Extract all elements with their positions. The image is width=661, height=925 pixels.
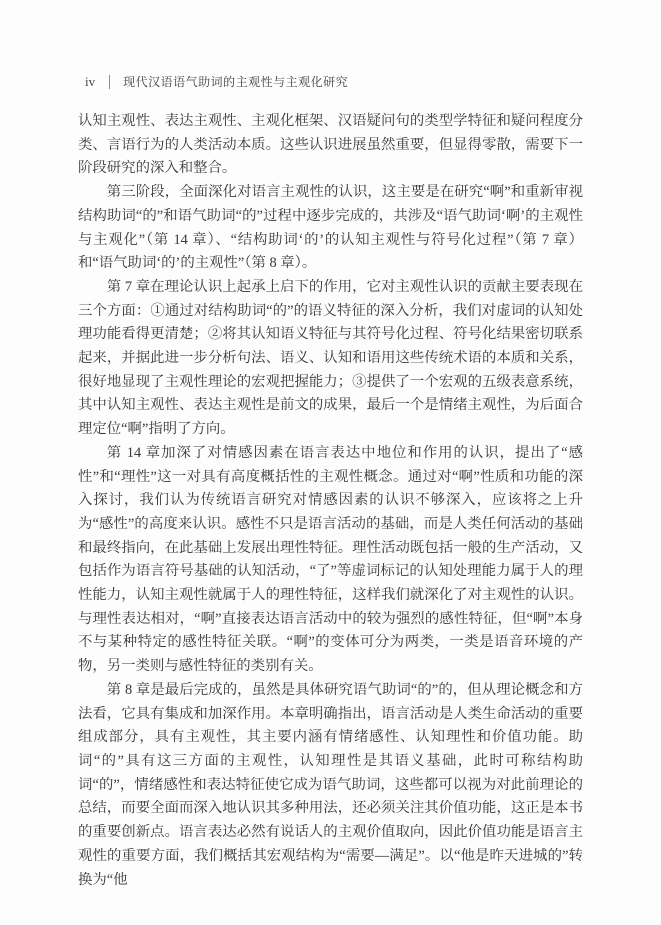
header-divider-bar bbox=[109, 75, 110, 89]
page-body: 认知主观性、表达主观性、主观化框架、汉语疑问句的类型学特征和疑问程度分类、言语行… bbox=[78, 110, 583, 892]
paragraph-chapter-7: 第 7 章在理论认识上起承上启下的作用，它对主观性认识的贡献主要表现在三个方面：… bbox=[78, 276, 583, 442]
book-page: iv 现代汉语语气助词的主观性与主观化研究 认知主观性、表达主观性、主观化框架、… bbox=[0, 0, 661, 925]
running-head: iv 现代汉语语气助词的主观性与主观化研究 bbox=[78, 74, 583, 90]
paragraph-stage-three: 第三阶段，全面深化对语言主观性的认识，这主要是在研究“啊”和重新审视结构助词“的… bbox=[78, 181, 583, 276]
paragraph-continuation: 认知主观性、表达主观性、主观化框架、汉语疑问句的类型学特征和疑问程度分类、言语行… bbox=[78, 110, 583, 181]
paragraph-chapter-8: 第 8 章是最后完成的，虽然是具体研究语气助词“的”的，但从理论概念和方法看，它… bbox=[78, 679, 583, 892]
page-number: iv bbox=[85, 74, 95, 90]
paragraph-chapter-14: 第 14 章加深了对情感因素在语言表达中地位和作用的认识，提出了“感性”和“理性… bbox=[78, 442, 583, 679]
running-head-book-title: 现代汉语语气助词的主观性与主观化研究 bbox=[123, 74, 348, 90]
